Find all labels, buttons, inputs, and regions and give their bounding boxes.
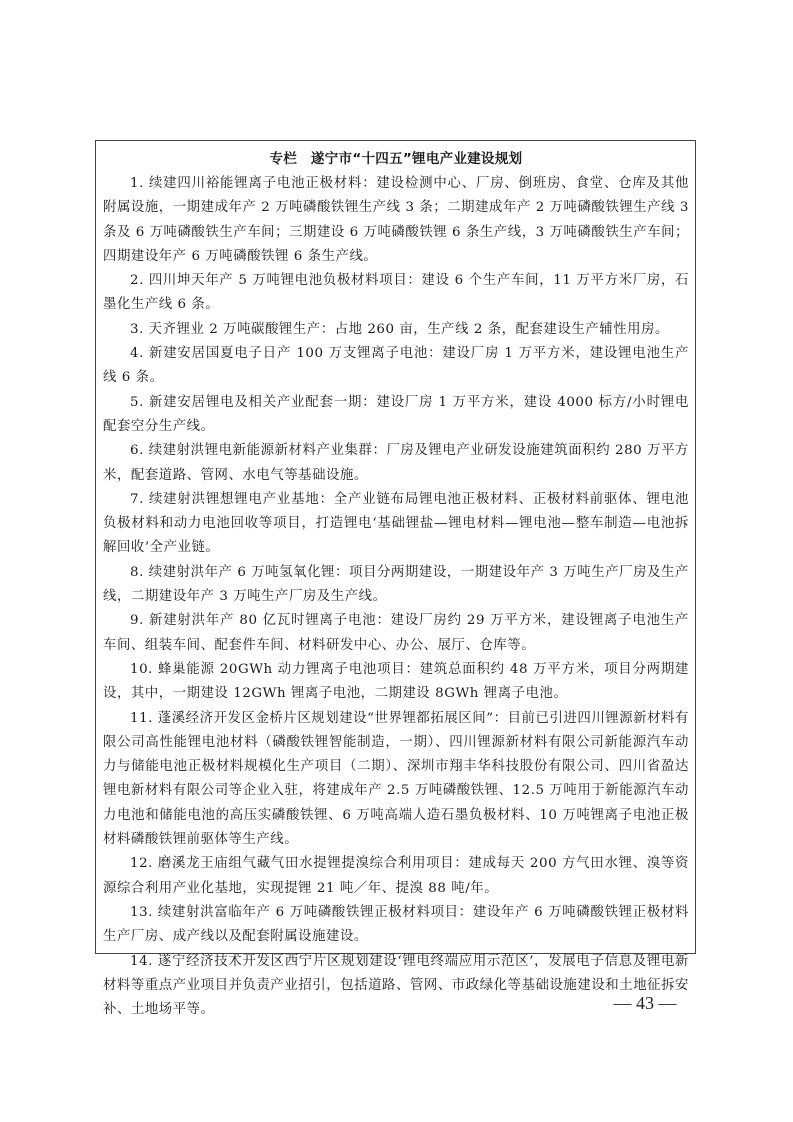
list-item-1: 1. 续建四川裕能锂离子电池正极材料：建设检测中心、厂房、倒班房、食堂、仓库及其… <box>103 172 689 269</box>
list-item-13: 13. 续建射洪富临年产 6 万吨磷酸铁锂正极材料项目：建设年产 6 万吨磷酸铁… <box>103 901 689 950</box>
feature-box: 专栏 遂宁市“十四五”锂电产业建设规划 1. 续建四川裕能锂离子电池正极材料：建… <box>95 140 696 954</box>
list-item-3: 3. 天齐锂业 2 万吨碳酸锂生产：占地 260 亩，生产线 2 条，配套建设生… <box>103 318 689 342</box>
list-item-4: 4. 新建安居国夏电子日产 100 万支锂离子电池：建设厂房 1 万平方米，建设… <box>103 342 689 391</box>
list-item-6: 6. 续建射洪锂电新能源新材料产业集群：厂房及锂电产业研发设施建筑面积约 280… <box>103 439 689 488</box>
list-item-11: 11. 蓬溪经济开发区金桥片区规划建设“世界锂都拓展区间”：目前已引进四川锂源新… <box>103 707 689 853</box>
page-number: — 43 — <box>610 990 680 1016</box>
list-item-14: 14. 遂宁经济技术开发区西宁片区规划建设‘锂电终端应用示范区’，发展电子信息及… <box>103 950 689 1023</box>
list-item-7: 7. 续建射洪锂想锂电产业基地：全产业链布局锂电池正极材料、正极材料前驱体、锂电… <box>103 488 689 561</box>
list-item-9: 9. 新建射洪年产 80 亿瓦时锂离子电池：建设厂房约 29 万平方米，建设锂离… <box>103 609 689 658</box>
list-item-12: 12. 磨溪龙王庙组气藏气田水提锂提溴综合利用项目：建成每天 200 方气田水锂… <box>103 852 689 901</box>
list-item-5: 5. 新建安居锂电及相关产业配套一期：建设厂房 1 万平方米，建设 4000 标… <box>103 391 689 440</box>
list-item-8: 8. 续建射洪年产 6 万吨氢氧化锂：项目分两期建设，一期建设年产 3 万吨生产… <box>103 561 689 610</box>
list-item-2: 2. 四川坤天年产 5 万吨锂电池负极材料项目：建设 6 个生产车间，11 万平… <box>103 269 689 318</box>
list-item-10: 10. 蜂巢能源 20GWh 动力锂离子电池项目：建筑总面积约 48 万平方米，… <box>103 658 689 707</box>
box-title: 专栏 遂宁市“十四五”锂电产业建设规划 <box>103 146 689 172</box>
